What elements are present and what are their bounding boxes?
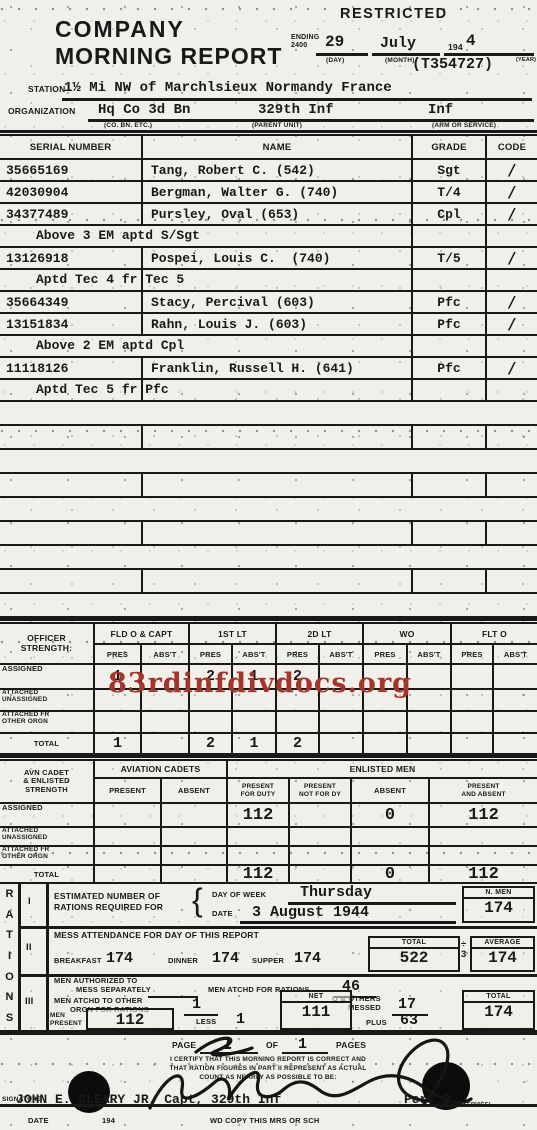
year-sublabel: (YEAR) bbox=[516, 57, 536, 63]
morning-report-document: RESTRICTED COMPANY MORNING REPORT ENDING… bbox=[0, 0, 537, 1130]
atchd-other-value: 1 bbox=[192, 996, 201, 1013]
net-label: NET bbox=[282, 992, 350, 1003]
attached-label-2: UNASSIGNED bbox=[2, 697, 47, 704]
less-value: 1 bbox=[236, 1011, 245, 1028]
remark-text: Above 2 EM aptd Cpl bbox=[36, 338, 184, 353]
present-for-duty-header: PRESENT FOR DUTY bbox=[228, 779, 290, 804]
enlisted-total-present-for-duty: 112 bbox=[228, 866, 290, 884]
map-coordinates: (T354727) bbox=[412, 56, 493, 73]
roster-remark-row: Aptd Tec 5 fr Pfc bbox=[0, 380, 537, 402]
rations-total-value: 174 bbox=[464, 1003, 533, 1021]
roster-row: 13151834 Rahn, Louis J. (603) Pfc / bbox=[0, 314, 537, 336]
divide-by-value: 3 bbox=[461, 950, 466, 960]
station-label: STATION bbox=[28, 84, 65, 94]
men-present-value: 112 bbox=[88, 1010, 172, 1029]
day-underline bbox=[316, 53, 368, 56]
pres-header: PRES bbox=[452, 645, 494, 665]
remark-text: Above 3 EM aptd S/Sgt bbox=[36, 228, 200, 243]
attached-other-label-2: OTHER ORGN bbox=[2, 854, 48, 861]
enlisted-title-3: STRENGTH bbox=[25, 786, 68, 794]
empty-row bbox=[0, 402, 537, 426]
abst-header: ABS'T bbox=[233, 645, 277, 665]
enlisted-assigned-present-and-absent: 112 bbox=[430, 804, 537, 828]
ending-label-2: 2400 bbox=[291, 42, 319, 50]
officer-row-attached-unassigned-label: ATTACHED UNASSIGNED bbox=[0, 690, 95, 712]
enlisted-row-total-label: TOTAL bbox=[0, 866, 95, 884]
date-value: 3 August 1944 bbox=[252, 904, 369, 921]
net-box: NET 111 bbox=[280, 990, 352, 1030]
org-parent-value: 329th Inf bbox=[258, 102, 334, 118]
grade: T/4 bbox=[413, 182, 487, 204]
roster-col-name: NAME bbox=[143, 136, 413, 160]
officer-row-total-label: TOTAL bbox=[0, 734, 95, 755]
day-of-week-value: Thursday bbox=[300, 884, 372, 901]
ending-label: ENDING 2400 bbox=[291, 34, 319, 49]
enlisted-men-group-header: ENLISTED MEN bbox=[228, 761, 537, 779]
pnfd-header-1: PRESENT bbox=[304, 783, 336, 790]
cadets-present-header: PRESENT bbox=[95, 779, 162, 804]
roster-remark-row: Aptd Tec 4 fr Tec 5 bbox=[0, 270, 537, 292]
rations-vertical-letter: O bbox=[5, 971, 14, 983]
pres-header: PRES bbox=[364, 645, 408, 665]
enlisted-total-present-and-absent: 112 bbox=[430, 866, 537, 884]
date-label: DATE bbox=[212, 909, 233, 918]
soldier-name: Tang, Robert C. (542) bbox=[143, 160, 413, 182]
enlisted-assigned-present-for-duty: 112 bbox=[228, 804, 290, 828]
roster-empty-rows bbox=[0, 402, 537, 618]
form-title-line2: MORNING REPORT bbox=[55, 43, 282, 70]
empty-row bbox=[0, 522, 537, 546]
code-mark: / bbox=[487, 248, 537, 270]
brace-glyph: { bbox=[192, 882, 203, 919]
rations-vertical-letter: R bbox=[6, 888, 14, 900]
rations-vertical-label: RATIONS bbox=[2, 888, 17, 1024]
remark-text: Aptd Tec 4 fr Tec 5 bbox=[36, 272, 184, 287]
code-mark: / bbox=[487, 314, 537, 336]
average-box: AVERAGE 174 bbox=[470, 936, 535, 972]
empty-row bbox=[0, 498, 537, 522]
est-rations-label-1: ESTIMATED NUMBER OF bbox=[54, 891, 160, 901]
roster-row: 34377489 Pursley, Oval (653) Cpl / bbox=[0, 204, 537, 226]
day-of-week-label: DAY OF WEEK bbox=[212, 890, 266, 899]
attached-other-label-2: OTHER ORGN bbox=[2, 719, 48, 726]
serial-number: 42030904 bbox=[0, 182, 143, 204]
certification-line-1: I CERTIFY THAT THIS MORNING REPORT IS CO… bbox=[108, 1056, 428, 1063]
serial-number: 13151834 bbox=[0, 314, 143, 336]
rations-total-box: TOTAL 174 bbox=[462, 990, 535, 1030]
pres-header: PRES bbox=[95, 645, 142, 665]
rations-vertical-letter: S bbox=[6, 1012, 13, 1024]
roster-row: 42030904 Bergman, Walter G. (740) T/4 / bbox=[0, 182, 537, 204]
serial-number: 13126918 bbox=[0, 248, 143, 270]
average-value: 174 bbox=[472, 949, 533, 967]
abst-header: ABS'T bbox=[494, 645, 537, 665]
others-messed-label-2: MESSED bbox=[348, 1003, 381, 1012]
certification-line-2: THAT RATION FIGURES IN PART II REPRESENT… bbox=[108, 1065, 428, 1072]
pages-label: PAGES bbox=[336, 1040, 366, 1050]
breakfast-value: 174 bbox=[106, 950, 133, 967]
code-mark: / bbox=[487, 204, 537, 226]
mess-attendance-heading: MESS ATTENDANCE FOR DAY OF THIS REPORT bbox=[54, 930, 259, 940]
others-messed-value: 17 bbox=[398, 996, 416, 1013]
present-not-for-duty-header: PRESENT NOT FOR DY bbox=[290, 779, 352, 804]
rations-section-i-numeral: I bbox=[28, 896, 31, 907]
men-present-label-2: PRESENT bbox=[50, 1020, 82, 1027]
page-label: PAGE bbox=[172, 1040, 196, 1050]
signer-name-typed: JOHN E. CLEARY JR, Capt, 329th Inf bbox=[16, 1092, 281, 1107]
enlisted-total-absent: 0 bbox=[352, 866, 430, 884]
serial-number: 34377489 bbox=[0, 204, 143, 226]
roster-header-row: SERIAL NUMBER NAME GRADE CODE bbox=[0, 136, 537, 160]
rations-section-ii-numeral: II bbox=[26, 942, 32, 953]
org-unit-sublabel: (CO. BN. ETC.) bbox=[104, 122, 152, 129]
officer-group-fld-capt: FLD O & CAPT bbox=[95, 624, 190, 645]
officer-total-fld-pres: 1 bbox=[95, 734, 142, 755]
mess-total-label: TOTAL bbox=[370, 938, 458, 949]
officer-title-2: STRENGTH: bbox=[21, 644, 72, 653]
roster-col-grade: GRADE bbox=[413, 136, 487, 160]
rations-vertical-letter: A bbox=[6, 909, 14, 921]
average-label: AVERAGE bbox=[472, 938, 533, 949]
supper-label: SUPPER bbox=[252, 956, 284, 965]
atchd-other-label-1: MEN ATCHD TO OTHER bbox=[54, 996, 142, 1005]
est-rations-label-2: RATIONS REQUIRED FOR bbox=[54, 902, 163, 912]
soldier-name: Stacy, Percival (603) bbox=[143, 292, 413, 314]
soldier-name: Bergman, Walter G. (740) bbox=[143, 182, 413, 204]
grade: Sgt bbox=[413, 160, 487, 182]
atchd-other-underline bbox=[184, 1014, 218, 1016]
org-unit-value: Hq Co 3d Bn bbox=[98, 102, 190, 118]
mess-separately-label-1: MEN AUTHORIZED TO bbox=[54, 976, 137, 985]
pfd-header-1: PRESENT bbox=[242, 783, 274, 790]
ending-day-value: 29 bbox=[325, 33, 344, 51]
pnfd-header-2: NOT FOR DY bbox=[299, 791, 341, 798]
grade: T/5 bbox=[413, 248, 487, 270]
serial-number: 11118126 bbox=[0, 358, 143, 380]
net-value: 111 bbox=[282, 1003, 350, 1021]
mess-separately-label-2: MESS SEPARATELY bbox=[76, 985, 151, 994]
officer-group-2d-lt: 2D LT bbox=[277, 624, 364, 645]
attached-label-2: UNASSIGNED bbox=[2, 835, 47, 842]
arm-service-sublabel: (ARM OR SERVICE) bbox=[436, 1102, 491, 1108]
enlisted-row-assigned-label: ASSIGNED bbox=[0, 804, 95, 828]
breakfast-label: BREAKFAST bbox=[54, 956, 102, 965]
restricted-stamp: RESTRICTED bbox=[340, 6, 448, 22]
officer-total-1lt-abst: 1 bbox=[233, 734, 277, 755]
rations-bottom-heavy-rule bbox=[0, 1030, 537, 1035]
enlisted-absent-header: ABSENT bbox=[352, 779, 430, 804]
officer-strength-title: OFFICER STRENGTH: bbox=[0, 624, 95, 665]
code-mark: / bbox=[487, 358, 537, 380]
rations-section-iii-numeral: III bbox=[25, 996, 34, 1007]
dinner-label: DINNER bbox=[168, 956, 198, 965]
soldier-name: Rahn, Louis J. (603) bbox=[143, 314, 413, 336]
abst-header: ABS'T bbox=[142, 645, 190, 665]
enlisted-strength-title: AVN CADET & ENLISTED STRENGTH bbox=[0, 761, 95, 804]
men-present-label-1: MEN bbox=[50, 1012, 65, 1019]
pres-header: PRES bbox=[190, 645, 233, 665]
day-sublabel: (DAY) bbox=[326, 57, 344, 64]
ending-month-value: July bbox=[380, 35, 416, 52]
rations-vertical-letter: T bbox=[6, 929, 13, 941]
abst-header: ABS'T bbox=[320, 645, 364, 665]
empty-row bbox=[0, 594, 537, 618]
roster-body: 35665169 Tang, Robert C. (542) Sgt / 420… bbox=[0, 160, 537, 402]
org-parent-sublabel: (PARENT UNIT) bbox=[252, 122, 302, 129]
present-and-absent-header: PRESENT AND ABSENT bbox=[430, 779, 537, 804]
officer-row-attached-other-label: ATTACHED FR OTHER ORGN bbox=[0, 712, 95, 734]
supper-value: 174 bbox=[294, 950, 321, 967]
soldier-name: Pursley, Oval (653) bbox=[143, 204, 413, 226]
ending-label-1: ENDING bbox=[291, 34, 319, 42]
roster-col-code: CODE bbox=[487, 136, 537, 160]
no-men-box: N. MEN 174 bbox=[462, 886, 535, 923]
remark-text: Aptd Tec 5 fr Pfc bbox=[36, 382, 169, 397]
mess-total-box: TOTAL 522 bbox=[368, 936, 460, 972]
cadets-absent-header: ABSENT bbox=[162, 779, 228, 804]
empty-row bbox=[0, 426, 537, 450]
no-men-label: N. MEN bbox=[464, 888, 533, 899]
serial-number: 35664349 bbox=[0, 292, 143, 314]
page-number: 1 bbox=[222, 1034, 233, 1053]
rations-vertical-letter: I bbox=[8, 950, 11, 962]
empty-row bbox=[0, 570, 537, 594]
roster-col-serial: SERIAL NUMBER bbox=[0, 136, 143, 160]
no-men-value: 174 bbox=[464, 899, 533, 917]
dinner-value: 174 bbox=[212, 950, 239, 967]
rations-col-line-2 bbox=[46, 884, 49, 1030]
grade: Pfc bbox=[413, 358, 487, 380]
month-sublabel: (MONTH) bbox=[385, 57, 415, 64]
enlisted-strength-table: AVN CADET & ENLISTED STRENGTH AVIATION C… bbox=[0, 761, 537, 884]
plus-label: PLUS bbox=[366, 1018, 387, 1027]
roster-row: 35665169 Tang, Robert C. (542) Sgt / bbox=[0, 160, 537, 182]
of-label: OF bbox=[266, 1040, 278, 1050]
code-mark: / bbox=[487, 292, 537, 314]
roster-row: 35664349 Stacy, Percival (603) Pfc / bbox=[0, 292, 537, 314]
less-label: LESS bbox=[196, 1017, 216, 1026]
pres-header: PRES bbox=[277, 645, 320, 665]
rations-vertical-letter: N bbox=[6, 991, 14, 1003]
pages-number: 1 bbox=[298, 1036, 307, 1053]
organization-label: ORGANIZATION bbox=[8, 106, 75, 116]
pa-header-2: AND ABSENT bbox=[461, 791, 505, 798]
station-value: 1½ Mi NW of Marchlsieux Normandy France bbox=[64, 80, 392, 96]
pfd-header-2: FOR DUTY bbox=[241, 791, 276, 798]
men-present-box: 112 bbox=[86, 1008, 174, 1030]
roster-row: 13126918 Pospei, Louis C. (740) T/5 / bbox=[0, 248, 537, 270]
rations-section: RATIONS I II III ESTIMATED NUMBER OF RAT… bbox=[0, 884, 537, 1035]
grade: Pfc bbox=[413, 292, 487, 314]
grade: Pfc bbox=[413, 314, 487, 336]
abst-header: ABS'T bbox=[408, 645, 452, 665]
ending-year-value: 4 bbox=[466, 32, 476, 50]
soldier-name: Franklin, Russell H. (641) bbox=[143, 358, 413, 380]
date-footer-year: 194 bbox=[102, 1116, 115, 1125]
officer-group-1st-lt: 1ST LT bbox=[190, 624, 277, 645]
org-arm-sublabel: (ARM OR SERVICE) bbox=[432, 122, 496, 129]
form-title-line1: COMPANY bbox=[55, 16, 185, 43]
officer-total-1lt-pres: 2 bbox=[190, 734, 233, 755]
aviation-cadets-group-header: AVIATION CADETS bbox=[95, 761, 228, 779]
code-mark: / bbox=[487, 182, 537, 204]
pa-header-1: PRESENT bbox=[467, 783, 499, 790]
plus-value: 63 bbox=[400, 1012, 418, 1029]
roster-row: 11118126 Franklin, Russell H. (641) Pfc … bbox=[0, 358, 537, 380]
empty-row bbox=[0, 450, 537, 474]
serial-number: 35665169 bbox=[0, 160, 143, 182]
rations-total-label: TOTAL bbox=[464, 992, 533, 1003]
empty-row bbox=[0, 546, 537, 570]
form-footer-note: WD COPY THIS MRS OR SCH bbox=[210, 1116, 319, 1125]
station-underline bbox=[62, 98, 532, 101]
code-mark: / bbox=[487, 160, 537, 182]
mess-total-value: 522 bbox=[370, 949, 458, 967]
mess-separately-blank bbox=[148, 996, 198, 998]
officer-row-assigned-label: ASSIGNED bbox=[0, 665, 95, 690]
officer-group-flt-o: FLT O bbox=[452, 624, 537, 645]
certification-line-3: COUNT AS NEARLY AS POSSIBLE TO BE: bbox=[108, 1074, 428, 1081]
roster-remark-row: Above 3 EM aptd S/Sgt bbox=[0, 226, 537, 248]
empty-row bbox=[0, 474, 537, 498]
rations-col-line-1 bbox=[18, 884, 21, 1030]
org-arm-value: Inf bbox=[428, 102, 453, 118]
officer-group-wo: WO bbox=[364, 624, 452, 645]
enlisted-assigned-absent: 0 bbox=[352, 804, 430, 828]
officer-total-2lt-pres: 2 bbox=[277, 734, 320, 755]
enlisted-row-attached-other-label: ATTACHED FR OTHER ORGN bbox=[0, 847, 95, 866]
roster-remark-row: Above 2 EM aptd Cpl bbox=[0, 336, 537, 358]
date-footer-label: DATE bbox=[28, 1116, 49, 1125]
rations-sec-divider-1 bbox=[18, 926, 537, 929]
grade: Cpl bbox=[413, 204, 487, 226]
date-underline bbox=[240, 921, 456, 924]
enlisted-row-attached-unassigned-label: ATTACHED UNASSIGNED bbox=[0, 828, 95, 847]
divide-by-three: ÷ 3 bbox=[461, 940, 466, 959]
archive-watermark: 83rdinfdivdocs.org bbox=[108, 668, 412, 699]
soldier-name: Pospei, Louis C. (740) bbox=[143, 248, 413, 270]
year-prefix: 194 bbox=[448, 42, 463, 52]
